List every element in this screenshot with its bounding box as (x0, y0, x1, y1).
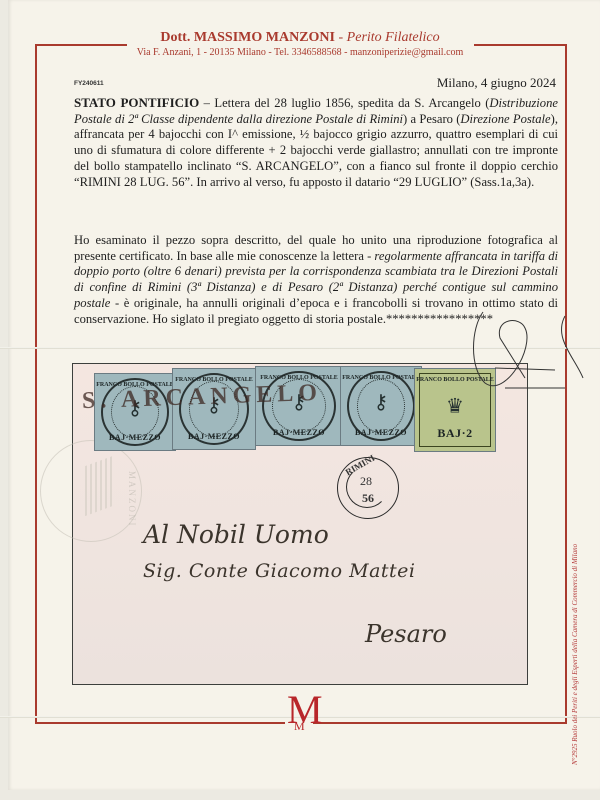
letterhead: Dott. MASSIMO MANZONI - Perito Filatelic… (0, 30, 600, 59)
expert-title: Perito Filatelico (347, 30, 440, 45)
item-description: STATO PONTIFICIO – Lettera del 28 luglio… (74, 95, 558, 190)
certificate-reference: FY240611 (74, 80, 104, 87)
header-separator: - (335, 30, 347, 45)
description-heading: STATO PONTIFICIO (74, 95, 199, 110)
frame-border (35, 722, 285, 724)
expert-signature-icon (465, 308, 585, 398)
address-line: Pesaro (365, 620, 447, 648)
expert-name: Dott. MASSIMO MANZONI (160, 30, 335, 45)
expert-address: Via F. Anzani, 1 - 20135 Milano - Tel. 3… (0, 46, 600, 59)
tiara-keys-icon: ♛ (446, 393, 464, 418)
frame-border (35, 44, 37, 724)
place-date: Milano, 4 giugno 2024 (437, 75, 556, 91)
manzoni-monogram-icon: M M (287, 690, 311, 740)
frame-border (313, 722, 567, 724)
rimini-postmark: RIMINI 28 56 (337, 457, 399, 519)
stamp-half-bajocco: FRANCO BOLLO POSTALE ⚷ BAJ·MEZZO (340, 366, 422, 446)
registration-note: N°2925 Ruolo dei Periti e degli Esperti … (571, 505, 579, 765)
address-line: Sig. Conte Giacomo Mattei (143, 560, 416, 582)
embossed-seal-icon: MANZONI (40, 440, 142, 542)
crossed-keys-icon: ⚷ (374, 390, 389, 415)
address-line: Al Nobil Uomo (143, 520, 329, 549)
